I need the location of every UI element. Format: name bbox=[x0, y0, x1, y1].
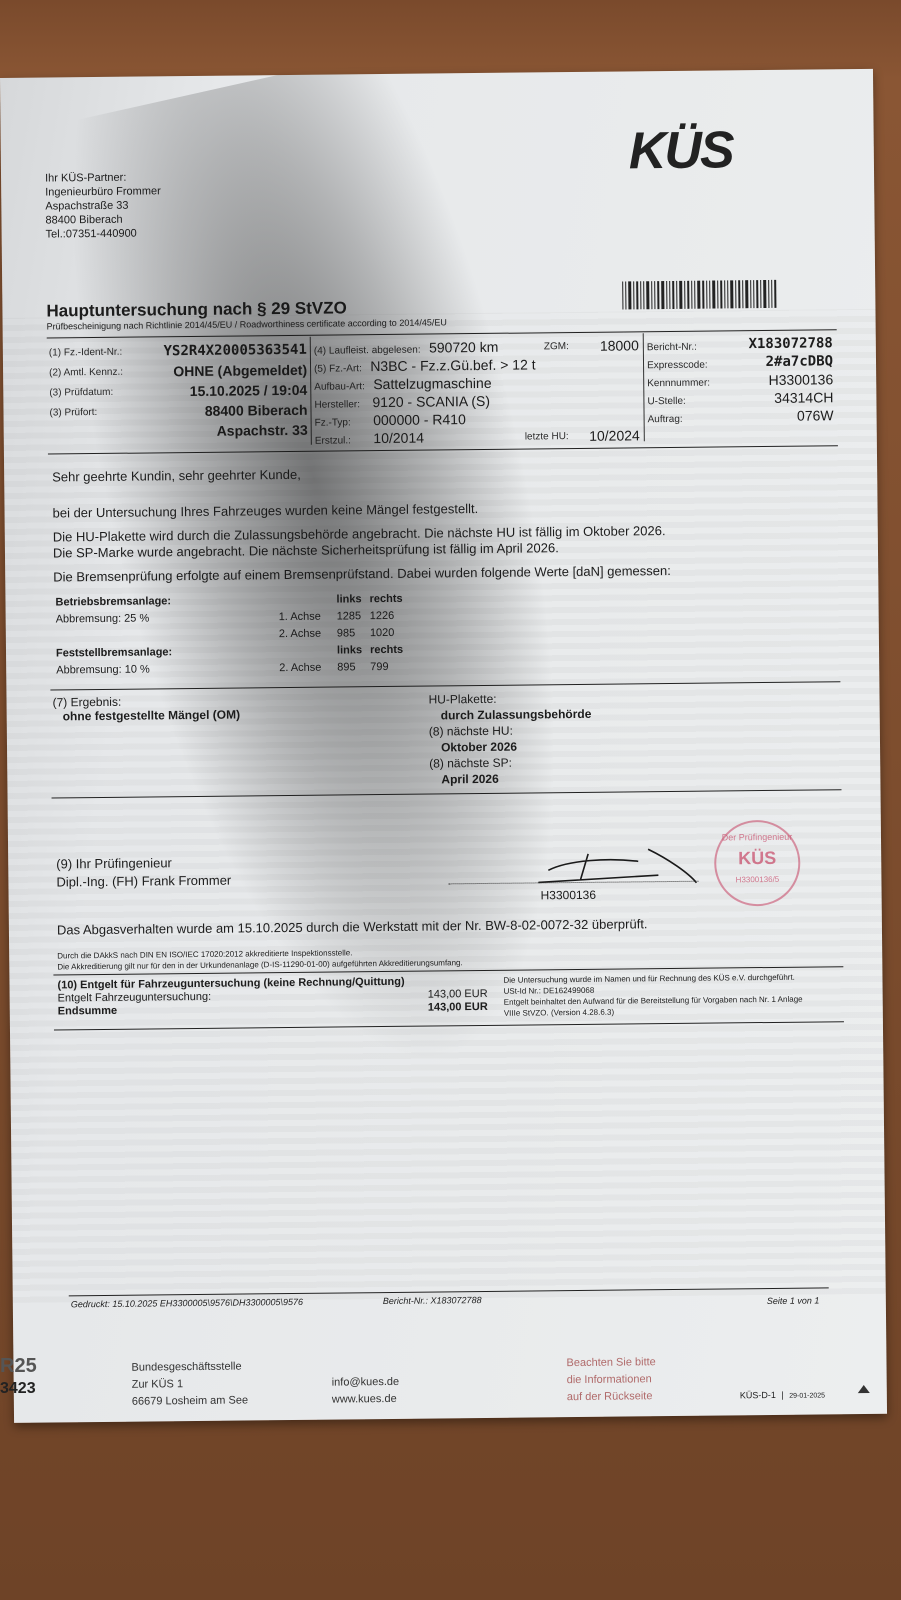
first-registration-label: Erstzul.: bbox=[315, 435, 351, 446]
no-defects-text: bei der Untersuchung Ihres Fahrzeuges wu… bbox=[52, 501, 478, 520]
plate-value: OHNE (Abgemeldet) bbox=[173, 362, 307, 379]
mileage-label: (4) Laufleist. abgelesen: bbox=[314, 345, 421, 357]
note-line-2: die Informationen bbox=[567, 1371, 656, 1389]
divider bbox=[643, 333, 645, 441]
partner-name: Ingenieurbüro Frommer bbox=[45, 184, 161, 199]
ident-label: (1) Fz.-Ident-Nr.: bbox=[49, 347, 122, 359]
express-code-label: Expresscode: bbox=[647, 360, 708, 372]
form-id: KÜS-D-1 | 29-01-2025 bbox=[740, 1389, 825, 1400]
brake-test-text: Die Bremsenprüfung erfolgte auf einem Br… bbox=[53, 563, 671, 584]
note-line-3: auf der Rückseite bbox=[567, 1388, 656, 1406]
engineer-block: (9) Ihr Prüfingenieur Dipl.-Ing. (FH) Fr… bbox=[56, 854, 231, 892]
plate-label: (2) Amtl. Kennz.: bbox=[49, 367, 123, 379]
barcode bbox=[622, 279, 827, 309]
form-id-code: KÜS-D-1 bbox=[740, 1390, 776, 1400]
office-line-1: Bundesgeschäftsstelle bbox=[131, 1358, 247, 1376]
next-sp-value: April 2026 bbox=[441, 770, 592, 788]
vehicle-type-value: N3BC - Fz.z.Gü.bef. > 12 t bbox=[370, 356, 536, 374]
table-row: Abbremsung: 10 % 2. Achse 895 799 bbox=[52, 658, 407, 679]
partner-address: Ihr KÜS-Partner: Ingenieurbüro Frommer A… bbox=[45, 170, 161, 241]
divider bbox=[310, 337, 312, 445]
left-value: 985 bbox=[333, 624, 366, 641]
last-hu-label: letzte HU: bbox=[525, 431, 569, 442]
mileage-value: 590720 km bbox=[429, 339, 498, 356]
certificate-document: Ihr KÜS-Partner: Ingenieurbüro Frommer A… bbox=[0, 69, 887, 1423]
engineer-name: Dipl.-Ing. (FH) Frank Frommer bbox=[56, 872, 231, 892]
partner-street: Aspachstraße 33 bbox=[45, 198, 161, 213]
form-date: 29-01-2025 bbox=[789, 1392, 825, 1399]
footer-report-number: Bericht-Nr.: X183072788 bbox=[383, 1295, 482, 1306]
up-arrow-icon bbox=[858, 1385, 870, 1393]
office-line-3: 66679 Losheim am See bbox=[132, 1392, 248, 1410]
ident-value: YS2R4X20005363541 bbox=[163, 342, 306, 359]
partner-phone: Tel.:07351-440900 bbox=[46, 226, 162, 241]
model-label: Fz.-Typ: bbox=[315, 417, 351, 428]
vehicle-block: (1) Fz.-Ident-Nr.: YS2R4X20005363541 (2)… bbox=[49, 341, 308, 444]
engineer-stamp: Der Prüfingenieur KÜS H3300136/5 bbox=[714, 820, 801, 907]
report-block: Bericht-Nr.: X183072788 Expresscode: 2#a… bbox=[647, 335, 834, 427]
office-line-2: Zur KÜS 1 bbox=[132, 1375, 248, 1393]
zgm-label: ZGM: bbox=[544, 341, 569, 352]
office-email[interactable]: info@kues.de bbox=[332, 1374, 400, 1392]
inspection-site-label: U-Stelle: bbox=[647, 396, 685, 407]
manufacturer-value: 9120 - SCANIA (S) bbox=[372, 393, 490, 410]
divider bbox=[52, 789, 842, 798]
right-value: 799 bbox=[366, 658, 407, 675]
col-right-header: rechts bbox=[365, 590, 406, 607]
body-type-value: Sattelzugmaschine bbox=[373, 375, 491, 392]
parking-brake-rate: Abbremsung: 10 % bbox=[52, 659, 275, 678]
stamp-bottom-text: H3300136/5 bbox=[716, 875, 798, 885]
axle-label: 2. Achse bbox=[275, 625, 333, 643]
office-address: Bundesgeschäftsstelle Zur KÜS 1 66679 Lo… bbox=[131, 1358, 248, 1410]
fee-notes: Die Untersuchung wurde im Namen und für … bbox=[503, 972, 802, 1019]
note-line-1: Beachten Sie bitte bbox=[566, 1354, 655, 1372]
edge-text-bottom: 3423 bbox=[0, 1380, 36, 1398]
fee-total-value: 143,00 EUR bbox=[428, 1001, 488, 1015]
axle-label: 1. Achse bbox=[275, 608, 333, 626]
col-left-header: links bbox=[332, 590, 365, 607]
fee-block: (10) Entgelt für Fahrzeuguntersuchung (k… bbox=[57, 975, 487, 1019]
office-contact: info@kues.de www.kues.de bbox=[332, 1374, 400, 1409]
kues-watermark-pattern bbox=[3, 309, 886, 1303]
place-value-city: 88400 Biberach bbox=[205, 402, 308, 419]
accreditation-line-2: Die Akkreditierung gilt nur für den in d… bbox=[57, 958, 462, 971]
report-number-value: X183072788 bbox=[748, 335, 832, 352]
stamp-top-text: Der Prüfingenieur bbox=[716, 832, 798, 843]
kues-logo: KÜS bbox=[628, 120, 732, 181]
edge-text-top: R25 bbox=[0, 1355, 37, 1378]
plakette-label: HU-Plakette: bbox=[428, 690, 591, 708]
fee-total-label: Endsumme bbox=[58, 1005, 117, 1018]
partner-city: 88400 Biberach bbox=[45, 212, 161, 227]
left-value: 895 bbox=[333, 658, 366, 675]
report-number-label: Bericht-Nr.: bbox=[647, 342, 697, 354]
fee-note-4: VIIIe StVZO. (Version 4.28.6.3) bbox=[504, 1005, 803, 1019]
next-hu-value: Oktober 2026 bbox=[441, 738, 592, 756]
vehicle-type-label: (5) Fz.-Art: bbox=[314, 363, 362, 374]
col-right-header: rechts bbox=[366, 641, 407, 658]
fee-item-label: Entgelt Fahrzeuguntersuchung: bbox=[58, 991, 212, 1005]
body-type-label: Aufbau-Art: bbox=[314, 381, 365, 393]
date-label: (3) Prüfdatum: bbox=[49, 387, 113, 399]
plakette-value: durch Zulassungsbehörde bbox=[441, 706, 592, 724]
vehicle-details-block: (4) Laufleist. abgelesen: 590720 km ZGM:… bbox=[314, 337, 640, 448]
place-label: (3) Prüfort: bbox=[49, 407, 97, 418]
manufacturer-label: Hersteller: bbox=[314, 399, 360, 410]
divider bbox=[50, 681, 840, 690]
id-number-label: Kennnummer: bbox=[647, 378, 710, 390]
engineer-id: H3300136 bbox=[541, 888, 597, 903]
left-value: 1285 bbox=[333, 607, 366, 624]
express-code-value: 2#a7cDBQ bbox=[765, 353, 833, 370]
right-value: 1020 bbox=[366, 624, 407, 641]
id-number-value: H3300136 bbox=[768, 371, 833, 388]
emissions-text: Das Abgasverhalten wurde am 15.10.2025 d… bbox=[57, 916, 648, 937]
order-label: Auftrag: bbox=[648, 414, 683, 425]
divider bbox=[54, 1021, 844, 1030]
next-sp-label: (8) nächste SP: bbox=[429, 754, 592, 772]
col-left-header: links bbox=[333, 641, 366, 658]
partner-heading: Ihr KÜS-Partner: bbox=[45, 170, 161, 185]
model-value: 000000 - R410 bbox=[373, 411, 466, 428]
accreditation-line-1: Durch die DAkkS nach DIN EN ISO/IEC 1702… bbox=[57, 948, 352, 960]
axle-label: 2. Achse bbox=[275, 659, 333, 677]
right-value: 1226 bbox=[366, 607, 407, 624]
date-value: 15.10.2025 / 19:04 bbox=[190, 382, 308, 399]
office-website[interactable]: www.kues.de bbox=[332, 1391, 400, 1409]
inspection-site-value: 34314CH bbox=[774, 389, 833, 406]
engineer-label: (9) Ihr Prüfingenieur bbox=[56, 854, 231, 874]
hu-due-text: Die HU-Plakette wird durch die Zulassung… bbox=[53, 523, 666, 544]
last-hu-value: 10/2024 bbox=[589, 427, 640, 444]
printed-info: Gedruckt: 15.10.2025 EH3300005\9576\DH33… bbox=[71, 1297, 303, 1309]
result-block: (7) Ergebnis: ohne festgestellte Mängel … bbox=[52, 694, 240, 724]
page-number: Seite 1 von 1 bbox=[767, 1295, 820, 1306]
brake-results: Betriebsbremsanlage: links rechts Abbrem… bbox=[51, 590, 407, 679]
plakette-block: HU-Plakette: durch Zulassungsbehörde (8)… bbox=[428, 690, 592, 788]
backside-note: Beachten Sie bitte die Informationen auf… bbox=[566, 1354, 656, 1406]
result-value: ohne festgestellte Mängel (OM) bbox=[63, 708, 240, 724]
next-hu-label: (8) nächste HU: bbox=[429, 722, 592, 740]
brake-table: Betriebsbremsanlage: links rechts Abbrem… bbox=[51, 590, 407, 679]
greeting: Sehr geehrte Kundin, sehr geehrter Kunde… bbox=[52, 467, 301, 485]
order-value: 076W bbox=[797, 407, 834, 423]
first-registration-value: 10/2014 bbox=[373, 430, 424, 447]
zgm-value: 18000 bbox=[600, 337, 639, 353]
fee-item-value: 143,00 EUR bbox=[428, 988, 488, 1002]
stamp-logo: KÜS bbox=[716, 848, 798, 870]
place-value-street: Aspachstr. 33 bbox=[217, 422, 308, 439]
